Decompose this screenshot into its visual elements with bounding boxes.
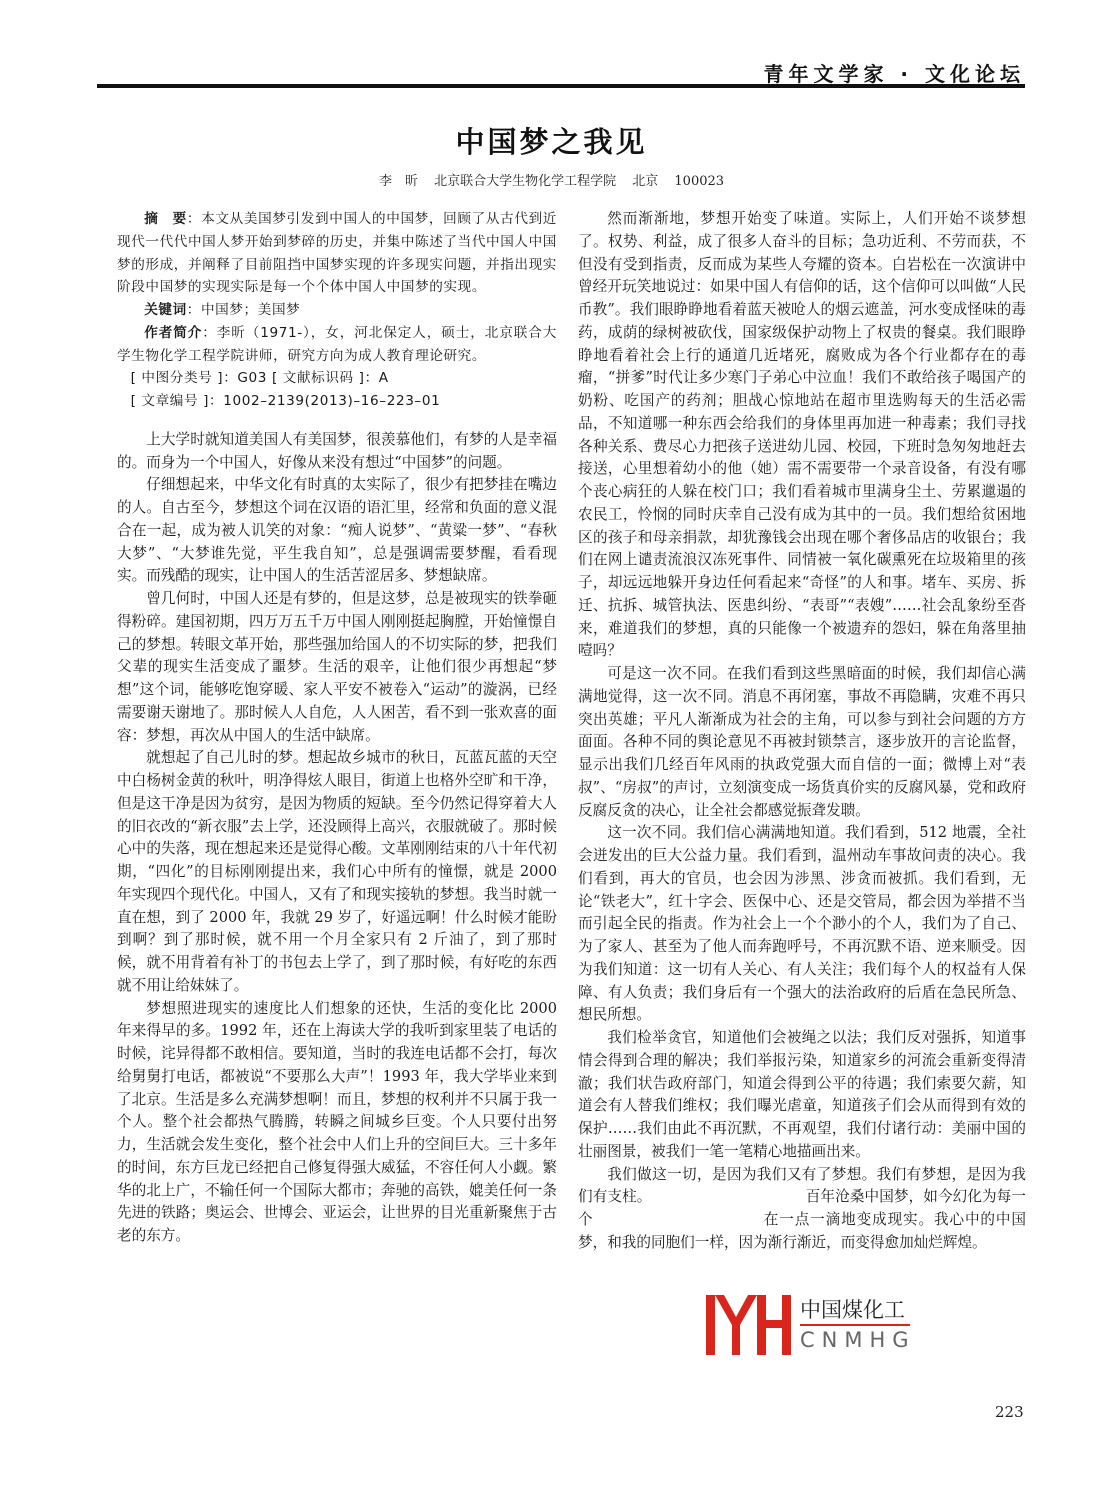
- watermark-divider: [800, 1324, 910, 1326]
- watermark: 中国煤化工 CNMHG: [704, 1293, 1034, 1357]
- abstract-label: 摘 要: [144, 211, 187, 227]
- body-paragraph: 就想起了自己儿时的梦。想起故乡城市的秋日，瓦蓝瓦蓝的天空中白杨树金黄的秋叶，明净…: [117, 747, 557, 997]
- header-rule: [97, 84, 1025, 88]
- body-paragraph: 我们做这一切，是因为我们又有了梦想。我们有梦想，是因为我们有支柱。 百年沧桑中国…: [578, 1164, 1026, 1255]
- author-bio: 作者简介：李昕（1971-），女，河北保定人，硕士，北京联合大学生物化学工程学院…: [117, 322, 557, 368]
- abstract-block: 摘 要：本文从美国梦引发到中国人的中国梦，回顾了从古代到近现代一代代中国人梦开始…: [117, 208, 557, 413]
- author-bio-label: 作者简介: [144, 325, 202, 341]
- author-affiliation: 北京联合大学生物化学工程学院: [434, 174, 616, 189]
- right-column: 然而渐渐地，梦想开始变了味道。实际上，人们开始不谈梦想了。权势、利益，成了很多人…: [578, 208, 1026, 1255]
- abstract: 摘 要：本文从美国梦引发到中国人的中国梦，回顾了从古代到近现代一代代中国人梦开始…: [117, 208, 557, 299]
- classification-code: [ 中图分类号 ]：G03 [ 文献标识码 ]：A: [117, 367, 557, 390]
- byline: 李 昕 北京联合大学生物化学工程学院 北京 100023: [0, 170, 1103, 189]
- body-paragraph: 仔细想起来，中华文化有时真的太实际了，很少有把梦挂在嘴边的人。自古至今，梦想这个…: [117, 474, 557, 588]
- left-column: 摘 要：本文从美国梦引发到中国人的中国梦，回顾了从古代到近现代一代代中国人梦开始…: [117, 208, 557, 1248]
- author-name: 李 昕: [379, 174, 418, 189]
- body-paragraph: 我们检举贪官，知道他们会被绳之以法；我们反对强拆，知道事情会得到合理的解决；我们…: [578, 1027, 1026, 1164]
- page-number: 223: [995, 1403, 1024, 1421]
- yh-logo-icon: [704, 1293, 792, 1357]
- watermark-cn-text: 中国煤化工: [800, 1294, 907, 1324]
- body-paragraph: 曾几何时，中国人还是有梦的，但是这梦，总是被现实的铁拳砸得粉碎。建国初期，四万万…: [117, 588, 557, 747]
- watermark-en-text: CNMHG: [800, 1328, 916, 1352]
- article-title: 中国梦之我见: [0, 120, 1103, 161]
- body-paragraph: 梦想照进现实的速度比人们想象的还快，生活的变化比 2000 年来得早的多。199…: [117, 998, 557, 1248]
- keywords-label: 关键词: [144, 302, 187, 318]
- abstract-gap: [117, 413, 557, 429]
- article-number: [ 文章编号 ]：1002–2139(2013)–16–223–01: [117, 390, 557, 413]
- body-paragraph: 这一次不同。我们信心满满地知道。我们看到，512 地震，全社会迸发出的巨大公益力…: [578, 822, 1026, 1027]
- keywords: 关键词：中国梦；美国梦: [117, 299, 557, 322]
- body-paragraph: 然而渐渐地，梦想开始变了味道。实际上，人们开始不谈梦想了。权势、利益，成了很多人…: [578, 208, 1026, 663]
- keywords-text: ：中国梦；美国梦: [187, 302, 301, 318]
- body-paragraph: 可是这一次不同。在我们看到这些黑暗面的时候，我们却信心满满地觉得，这一次不同。消…: [578, 663, 1026, 822]
- author-city: 北京: [632, 174, 658, 189]
- body-paragraph: 上大学时就知道美国人有美国梦，很羡慕他们，有梦的人是幸福的。而身为一个中国人，好…: [117, 429, 557, 475]
- running-head: 青年文学家 · 文化论坛: [763, 58, 1025, 87]
- author-postcode: 100023: [674, 174, 724, 189]
